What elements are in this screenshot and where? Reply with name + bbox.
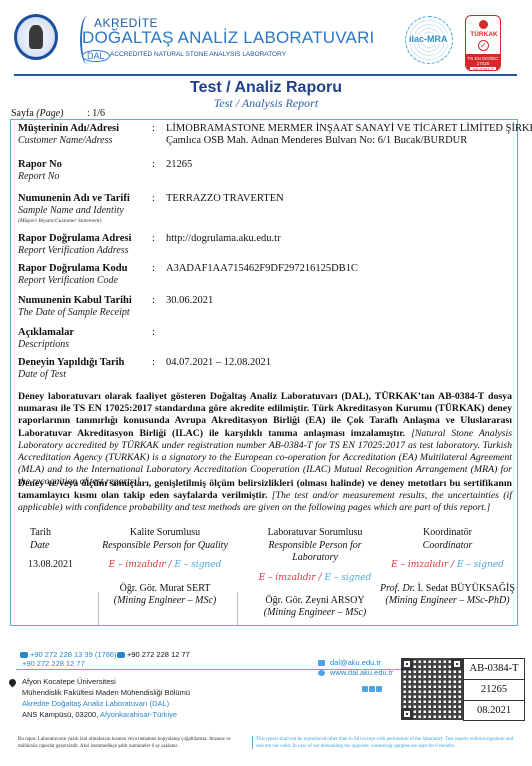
lab-abbr: DAL bbox=[82, 50, 110, 62]
turkak-band-text: TS EN ISO/IEC 17025 bbox=[467, 56, 498, 66]
esign-stamp: E – imzalıdır / E – signed bbox=[380, 559, 515, 572]
page-label: Sayfa (Page) bbox=[11, 108, 64, 119]
signature-date: Tarih Date 13.08.2021 bbox=[30, 527, 73, 572]
field-label-en: Customer Name/Adress bbox=[18, 135, 119, 147]
role-tr: Kalite Sorumlusu bbox=[100, 527, 230, 540]
check-icon: ✓ bbox=[478, 40, 489, 51]
instagram-icon[interactable] bbox=[376, 686, 382, 692]
report-code-box: AB-0384-T 21265 08.2021 bbox=[463, 658, 525, 721]
turkak-logo: TÜRKAK ✓ TS EN ISO/IEC 17025 AB-0384-T bbox=[465, 15, 501, 71]
fax-icon bbox=[117, 652, 125, 658]
field-label-en: Descriptions bbox=[18, 339, 74, 351]
header-divider bbox=[14, 74, 517, 76]
disclaimer-tr: Bu rapor, Laboratuvarın yazılı izni olma… bbox=[18, 736, 246, 750]
turkak-label: TÜRKAK bbox=[467, 31, 501, 38]
field-date-of-test: Deneyin Yapıldığı Tarih Date of Test : 0… bbox=[18, 357, 124, 381]
signature-quality: Kalite Sorumlusu Responsible Person for … bbox=[100, 527, 230, 607]
lab-subtitle: ACCREDITED NATURAL STONE ANALYSIS LABORA… bbox=[110, 51, 286, 58]
report-subtitle: Test / Analysis Report bbox=[0, 96, 532, 111]
report-no-value: 21265 bbox=[166, 159, 192, 171]
customer-address: Çamlıca OSB Mah. Adnan Menderes Bulvarı … bbox=[166, 135, 467, 147]
esign-tr: E – imzalıdır bbox=[259, 573, 316, 583]
field-label: Deneyin Yapıldığı Tarih bbox=[18, 357, 124, 369]
page-label-tr: Sayfa bbox=[11, 108, 34, 119]
fax-text: +90 272 228 12 77 bbox=[127, 650, 190, 659]
field-verification-code: Rapor Doğrulama Kodu Report Verification… bbox=[18, 263, 128, 287]
field-verification-address: Rapor Doğrulama Adresi Report Verificati… bbox=[18, 233, 131, 257]
report-month: 08.2021 bbox=[464, 701, 524, 722]
field-sample-receipt: Numunenin Kabul Tarihi The Date of Sampl… bbox=[18, 295, 132, 319]
website-link[interactable]: www.dal.aku.edu.tr bbox=[330, 668, 393, 677]
field-colon: : bbox=[152, 233, 155, 244]
disclaimer-en: This report shall not be reproduced othe… bbox=[256, 736, 518, 750]
social-icons bbox=[362, 679, 383, 697]
esign-en: E – signed bbox=[174, 560, 221, 570]
ilac-mra-label: ilac-MRA bbox=[408, 34, 449, 44]
field-colon: : bbox=[152, 327, 155, 338]
signature-divider bbox=[237, 592, 238, 625]
location-pin-icon bbox=[8, 678, 18, 688]
signer-prefix: Prof. Dr. bbox=[380, 583, 415, 594]
field-label-en: Date of Test bbox=[18, 369, 124, 381]
esign-en: E – signed bbox=[324, 573, 371, 583]
accreditation-code: AB-0384-T bbox=[464, 659, 524, 680]
report-title: Test / Analiz Raporu bbox=[0, 79, 532, 97]
date-label-tr: Tarih bbox=[30, 527, 73, 540]
esign-en: E – signed bbox=[457, 560, 504, 570]
verification-code-value: A3ADAF1AA715462F9DF297216125DB1C bbox=[166, 263, 358, 275]
customer-name: LİMOBRAMASTONE MERMER İNŞAAT SANAYİ VE T… bbox=[166, 123, 532, 135]
field-label-en: The Date of Sample Receipt bbox=[18, 307, 132, 319]
address-campus: ANS Kampüsü, 03200, bbox=[22, 710, 98, 719]
signer-title: (Mining Engineer – MSc) bbox=[100, 595, 230, 607]
role-en: Coordinator bbox=[423, 540, 473, 551]
report-header: AKREDİTE DOĞALTAŞ ANALİZ LABORATUVARI DA… bbox=[0, 0, 532, 74]
field-label-en: Report Verification Address bbox=[18, 245, 131, 257]
qr-finder bbox=[451, 658, 463, 670]
date-label-en: Date bbox=[30, 540, 73, 553]
field-label: Numunenin Adı ve Tarifi bbox=[18, 193, 130, 205]
fax: +90 272 228 12 77 bbox=[117, 650, 190, 659]
field-descriptions: Açıklamalar Descriptions : bbox=[18, 327, 74, 351]
lab-name: DOĞALTAŞ ANALİZ LABORATUVARI bbox=[82, 28, 374, 48]
field-note: (Müşteri Beyanı/Customer Statement) bbox=[18, 217, 130, 225]
globe-icon bbox=[318, 670, 325, 676]
field-colon: : bbox=[152, 357, 155, 368]
field-customer: Müşterinin Adı/Adresi Customer Name/Adre… bbox=[18, 123, 119, 147]
field-colon: : bbox=[152, 295, 155, 306]
accreditation-statement: Deney laboratuvarı olarak faaliyet göste… bbox=[18, 391, 512, 489]
phone-primary: +90 272 228 13 39 (1786) bbox=[20, 650, 117, 659]
twitter-icon[interactable] bbox=[369, 686, 375, 692]
phone-icon bbox=[20, 652, 28, 658]
results-note: Deney ve/veya ölçüm sonuçları, genişleti… bbox=[18, 478, 512, 515]
field-label: Rapor No bbox=[18, 159, 62, 171]
signer-title: (Mining Engineer – MSc-PhD) bbox=[380, 595, 515, 607]
footer-address: Afyon Kocatepe Üniversitesi Mühendislik … bbox=[22, 676, 190, 720]
esign-stamp: E – imzalıdır / E – signed bbox=[245, 572, 385, 585]
field-label-en: Sample Name and Identity bbox=[18, 205, 130, 217]
field-label: Rapor Doğrulama Adresi bbox=[18, 233, 131, 245]
receipt-date-value: 30.06.2021 bbox=[166, 295, 213, 307]
esign-stamp: E – imzalıdır / E – signed bbox=[100, 559, 230, 572]
qr-code[interactable] bbox=[401, 658, 463, 720]
field-label: Müşterinin Adı/Adresi bbox=[18, 123, 119, 135]
signer-title: (Mining Engineer – MSc) bbox=[245, 607, 385, 619]
sample-value: TERRAZZO TRAVERTEN bbox=[166, 193, 284, 205]
dal-logo: AKREDİTE DOĞALTAŞ ANALİZ LABORATUVARI DA… bbox=[80, 16, 280, 64]
address-line: Afyon Kocatepe Üniversitesi bbox=[22, 676, 190, 687]
field-label: Numunenin Kabul Tarihi bbox=[18, 295, 132, 307]
field-sample: Numunenin Adı ve Tarifi Sample Name and … bbox=[18, 193, 130, 225]
address-city: Afyonkarahisar-Türkiye bbox=[100, 710, 177, 719]
field-report-no: Rapor No Report No : 21265 bbox=[18, 159, 62, 183]
signer-name: Öğr. Gör. Zeyni ARSOY bbox=[245, 595, 385, 607]
turkak-band: TS EN ISO/IEC 17025 AB-0384-T bbox=[466, 54, 500, 70]
address-line: Mühendislik Fakültesi Maden Mühendisliği… bbox=[22, 687, 190, 698]
facebook-icon[interactable] bbox=[362, 686, 368, 692]
phone1-text: +90 272 228 13 39 (1786) bbox=[30, 650, 117, 659]
email-link[interactable]: dal@aku.edu.tr bbox=[330, 658, 381, 667]
report-number: 21265 bbox=[464, 680, 524, 701]
signer-name-text: İ. Sedat BÜYÜKSAĞİŞ bbox=[417, 583, 515, 594]
page-label-en: (Page) bbox=[36, 108, 63, 119]
field-label-en: Report No bbox=[18, 171, 62, 183]
field-colon: : bbox=[152, 263, 155, 274]
address-line-campus: ANS Kampüsü, 03200, Afyonkarahisar-Türki… bbox=[22, 709, 190, 720]
signer-name: Öğr. Gör. Murat SERT bbox=[100, 583, 230, 595]
phone-secondary: +90 272 228 12 77 bbox=[22, 659, 85, 668]
esign-sep: / bbox=[448, 560, 457, 570]
field-colon: : bbox=[152, 193, 155, 204]
role-en: Responsible Person for Quality bbox=[102, 540, 228, 551]
field-label-en: Report Verification Code bbox=[18, 275, 128, 287]
disclaimer-divider bbox=[252, 736, 253, 749]
address-line: Akredite Doğaltaş Analiz Laboratuvarı (D… bbox=[22, 698, 190, 709]
field-label: Rapor Doğrulama Kodu bbox=[18, 263, 128, 275]
contact-links: dal@aku.edu.tr www.dal.aku.edu.tr bbox=[318, 658, 393, 678]
signature-laboratory: Laboratuvar Sorumlusu Responsible Person… bbox=[245, 527, 385, 619]
field-colon: : bbox=[152, 123, 155, 134]
field-label: Açıklamalar bbox=[18, 327, 74, 339]
report-footer: +90 272 228 13 39 (1786) +90 272 228 12 … bbox=[0, 645, 532, 766]
email-icon bbox=[318, 660, 325, 666]
esign-tr: E – imzalıdır bbox=[109, 560, 166, 570]
page-number: : 1/6 bbox=[87, 108, 105, 119]
test-date-value: 04.07.2021 – 12.08.2021 bbox=[166, 357, 271, 369]
field-colon: : bbox=[152, 159, 155, 170]
turkey-flag-icon bbox=[479, 20, 488, 29]
signature-divider bbox=[98, 592, 99, 625]
turkak-code: AB-0384-T bbox=[470, 67, 496, 71]
qr-finder bbox=[401, 658, 413, 670]
signer-name: Prof. Dr. İ. Sedat BÜYÜKSAĞİŞ bbox=[380, 583, 515, 595]
esign-tr: E – imzalıdır bbox=[391, 560, 448, 570]
role-tr: Laboratuvar Sorumlusu bbox=[245, 527, 385, 540]
qr-finder bbox=[401, 708, 413, 720]
date-value: 13.08.2021 bbox=[28, 559, 73, 572]
role-en: Responsible Person for Laboratory bbox=[268, 540, 361, 564]
signature-coordinator: Koordinatör Coordinator E – imzalıdır / … bbox=[380, 527, 515, 607]
university-seal-logo bbox=[14, 14, 58, 60]
verification-url[interactable]: http://dogrulama.aku.edu.tr bbox=[166, 233, 281, 245]
role-tr: Koordinatör bbox=[380, 527, 515, 540]
